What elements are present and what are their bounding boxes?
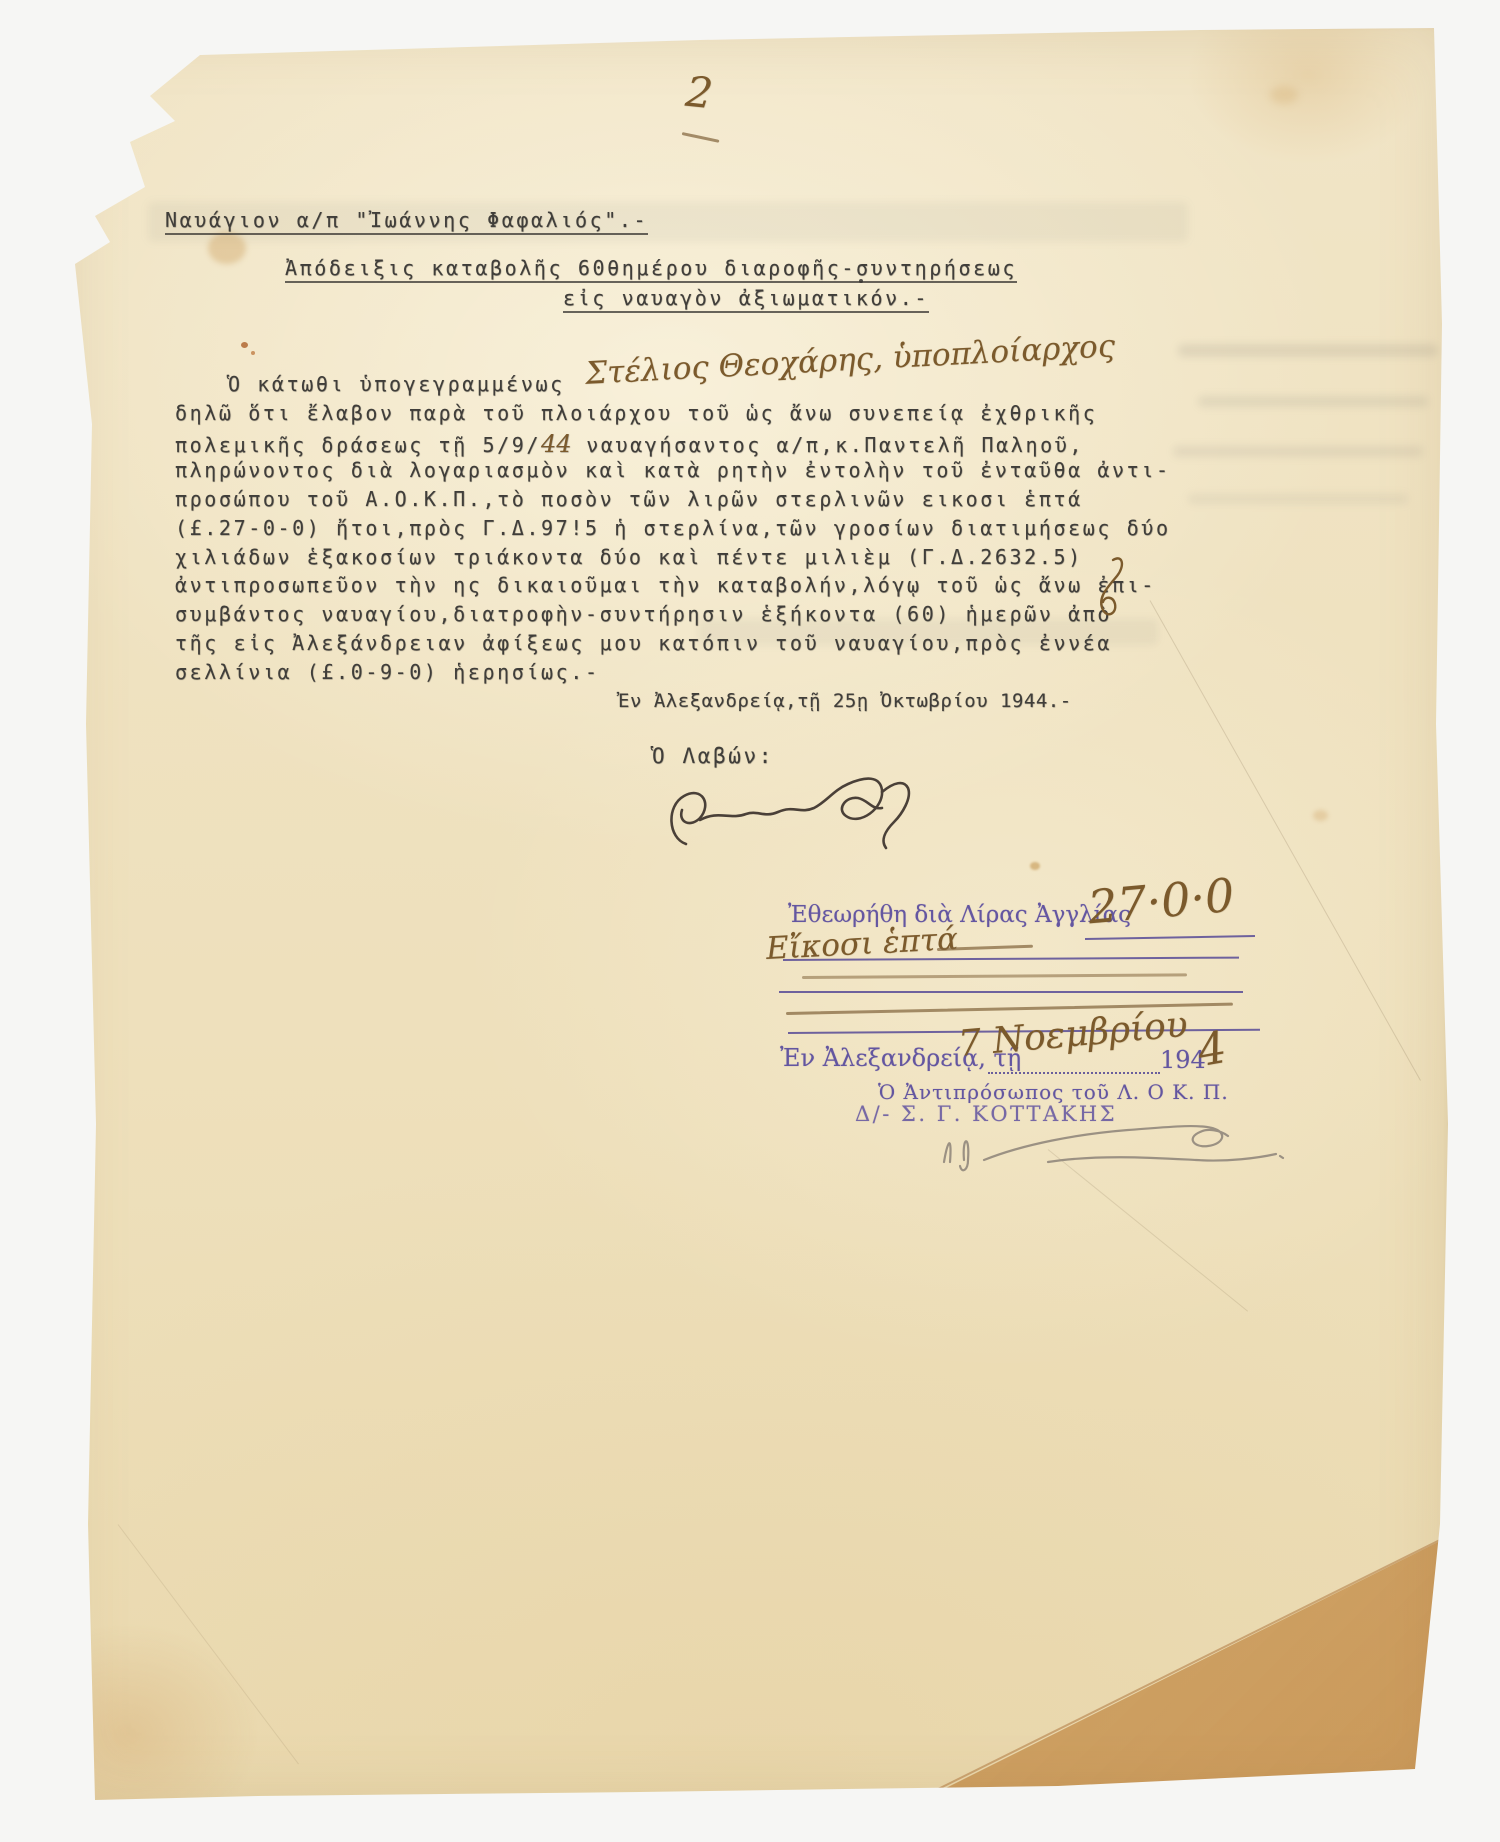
stamp-rule-3 <box>779 991 1243 993</box>
handwritten-officer-name: Στέλιος Θεοχάρης, ὑποπλοίαρχος <box>584 328 1116 392</box>
corner-stain-bottom-left <box>0 1624 258 1842</box>
scanned-document-scene: 2 Ναυάγιον α/π "Ἰωάννης Φαφαλιός".- Ἀπόδ… <box>0 0 1500 1842</box>
representative-signature <box>928 1110 1288 1185</box>
subtitle-line-1: Ἀπόδειξις καταβολῆς 60θημέρου διαροφῆς-σ… <box>285 256 1017 283</box>
rust-speck-1 <box>241 342 248 348</box>
handwritten-amount-figures: 27·0·0 <box>1086 868 1236 935</box>
body-line-4: πληρώνοντος διὰ λογαριασμὸν καὶ κατὰ ρητ… <box>175 458 1171 482</box>
body-line-7: χιλιάδων ἑξακοσίων τριάκοντα δύο καὶ πέν… <box>175 545 1083 569</box>
corner-stain-top-right <box>1188 0 1428 164</box>
ghost-bleed-3 <box>1173 446 1423 457</box>
body-line-1: Ὁ κάτωθι ὑπογεγραμμένως <box>228 372 565 396</box>
handwritten-line-2 <box>802 973 1187 979</box>
body-line-6: (£.27-0-0) ἤτοι,πρὸς Γ.Δ.97!5 ἡ στερλίνα… <box>175 516 1171 540</box>
body-line-9: συμβάντος ναυαγίου,διατροφὴν-συντήρησιν … <box>175 602 1112 626</box>
handwritten-date-digits: 44 <box>541 430 572 458</box>
page-number: 2 <box>684 67 716 119</box>
body-line-3-prefix: πολεμικῆς δράσεως τῇ 5/9/ <box>175 433 541 457</box>
stain-spot-top <box>1270 86 1298 104</box>
stamp-viewed-line: Ἐθεωρήθη διὰ Λίρας Ἀγγλίας <box>788 902 1131 928</box>
aged-paper-sheet: 2 Ναυάγιον α/π "Ἰωάννης Φαφαλιός".- Ἀπόδ… <box>58 24 1450 1806</box>
recipient-signature <box>656 764 956 869</box>
rust-speck-2 <box>251 351 255 355</box>
body-line-3-suffix: ναυαγήσαντος α/π,κ.Παντελῆ Παληοῦ, <box>572 433 1084 457</box>
stain-spot-right <box>1313 810 1328 821</box>
stain-blob-upper-left <box>208 232 246 264</box>
handwritten-flourish <box>1083 552 1128 627</box>
body-line-3: πολεμικῆς δράσεως τῇ 5/9/44 ναυαγήσαντος… <box>175 430 1084 458</box>
body-line-2: δηλῶ ὅτι ἔλαβον παρὰ τοῦ πλοιάρχου τοῦ ὡ… <box>175 401 1097 425</box>
body-line-5: προσώπου τοῦ Α.Ο.Κ.Π.,τὸ ποσὸν τῶν λιρῶν… <box>175 487 1083 511</box>
stain-spot-mid <box>1030 862 1040 870</box>
date-line: Ἐν Ἀλεξανδρείᾳ,τῇ 25ῃ Ὀκτωβρίου 1944.- <box>618 690 1072 712</box>
document-title: Ναυάγιον α/π "Ἰωάννης Φαφαλιός".- <box>165 208 648 235</box>
stamp-representative-title: Ὁ Ἀντιπρόσωπος τοῦ Λ. Ο Κ. Π. <box>878 1080 1229 1104</box>
stamp-rule-1 <box>1085 935 1255 940</box>
page-number-underline <box>682 132 720 143</box>
crease-right-diagonal <box>1150 600 1421 1081</box>
ghost-bleed-1 <box>1178 344 1438 357</box>
subtitle-line-2: εἰς ναυαγὸν ἀξιωματικόν.- <box>563 286 929 313</box>
ghost-bleed-2 <box>1198 396 1428 407</box>
body-line-10: τῆς εἰς Ἀλεξάνδρειαν ἀφίξεως μου κατόπιν… <box>175 631 1112 655</box>
ghost-bleed-4 <box>1188 494 1408 504</box>
body-line-11: σελλίνια (£.0-9-0) ἡερησίως.- <box>175 660 600 684</box>
body-line-8: ἀντιπροσωπεῦον τὴν ης δικαιοῦμαι τὴν κατ… <box>175 573 1156 597</box>
